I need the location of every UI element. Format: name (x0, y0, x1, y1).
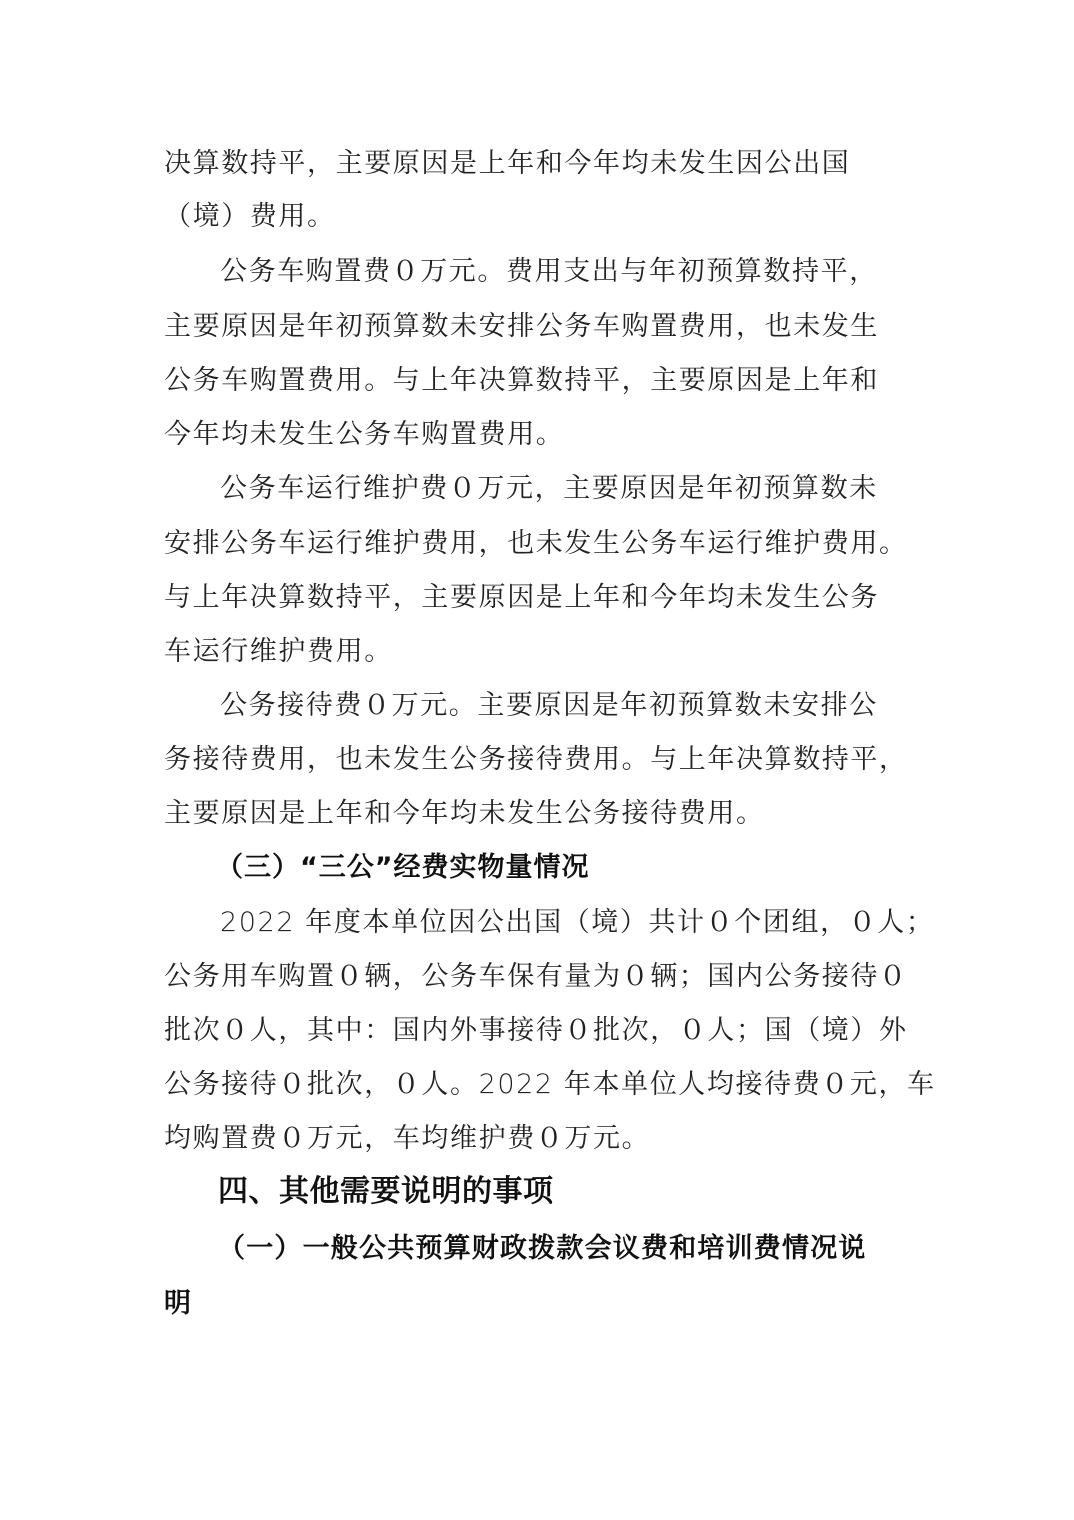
body-line-indented: 2022 年度本单位因公出国（境）共计０个团组，０人； (220, 906, 935, 940)
body-line: 务接待费用，也未发生公务接待费用。与上年决算数持平， (164, 743, 908, 777)
section-subheading: （一）一般公共预算财政拨款会议费和培训费情况说 (218, 1232, 867, 1266)
body-line: 公务车购置费用。与上年决算数持平，主要原因是上年和 (164, 364, 879, 398)
section-subheading: （三）“三公”经费实物量情况 (216, 851, 590, 885)
body-line: （境）费用。 (164, 200, 336, 234)
body-line: 与上年决算数持平，主要原因是上年和今年均未发生公务 (164, 581, 879, 615)
document-page: 决算数持平，主要原因是上年和今年均未发生因公出国 （境）费用。 公务车购置费０万… (0, 0, 1074, 1520)
body-line: 均购置费０万元，车均维护费０万元。 (164, 1122, 650, 1156)
section-heading: 四、其他需要说明的事项 (218, 1175, 554, 1209)
body-line: 主要原因是年初预算数未安排公务车购置费用，也未发生 (164, 310, 879, 344)
body-line: 公务用车购置０辆，公务车保有量为０辆；国内公务接待０ (164, 960, 908, 994)
body-line: 主要原因是上年和今年均未发生公务接待费用。 (164, 797, 765, 831)
body-line: 批次０人，其中：国内外事接待０批次，０人；国（境）外 (164, 1014, 908, 1048)
body-line: 安排公务车运行维护费用，也未发生公务车运行维护费用。 (164, 527, 908, 561)
body-line: 今年均未发生公务车购置费用。 (164, 418, 564, 452)
body-line-indented: 公务车运行维护费０万元，主要原因是年初预算数未 (220, 472, 878, 506)
body-line-indented: 公务接待费０万元。主要原因是年初预算数未安排公 (220, 689, 878, 723)
body-line-indented: 公务车购置费０万元。费用支出与年初预算数持平， (220, 255, 878, 289)
section-subheading-continuation: 明 (164, 1287, 192, 1321)
body-line: 决算数持平，主要原因是上年和今年均未发生因公出国 (164, 147, 850, 181)
body-line: 公务接待０批次，０人。2022 年本单位人均接待费０元，车 (164, 1068, 936, 1102)
body-line: 车运行维护费用。 (164, 635, 393, 669)
